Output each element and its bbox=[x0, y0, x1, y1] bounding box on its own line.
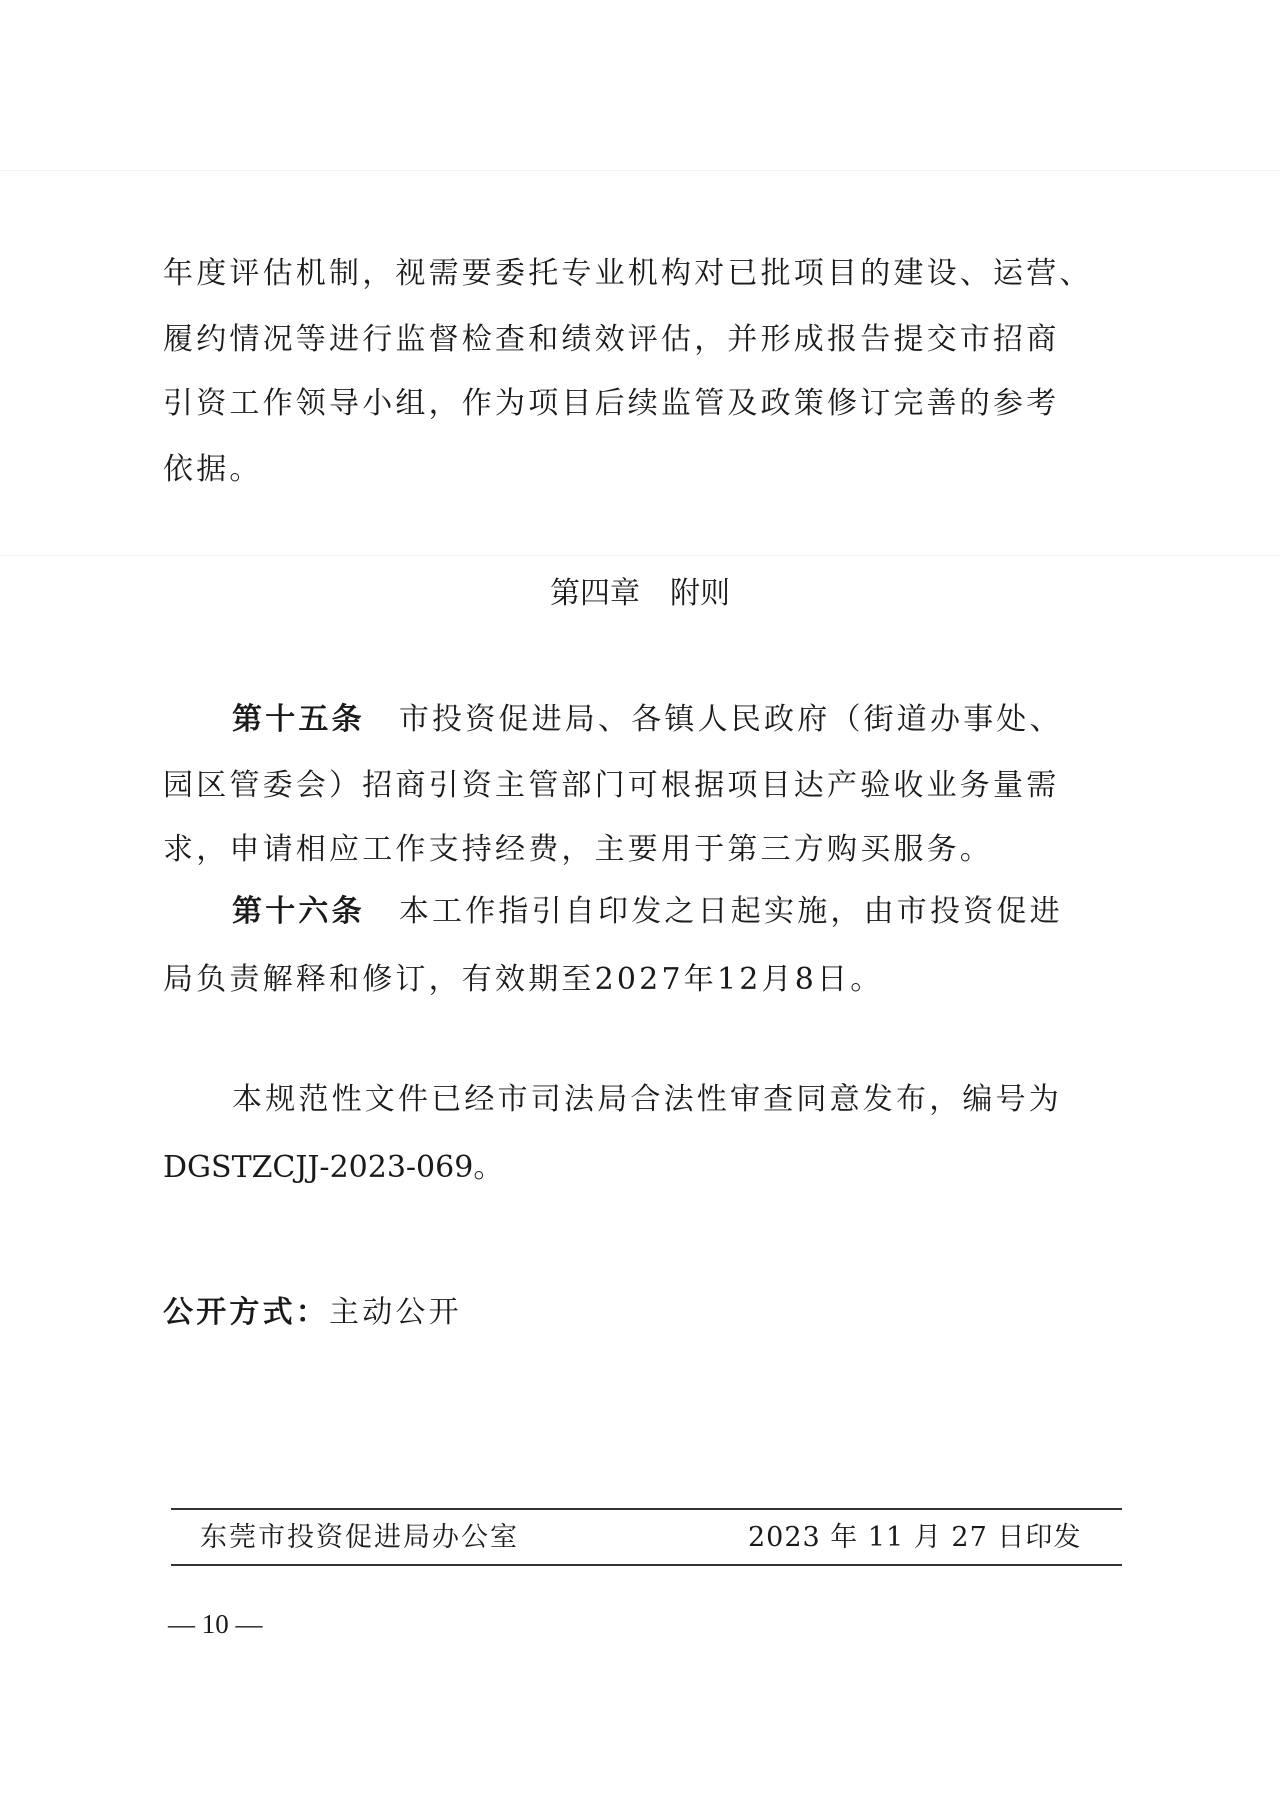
scan-artifact-line bbox=[0, 170, 1280, 171]
footer-issuer: 东莞市投资促进局办公室 bbox=[200, 1520, 519, 1556]
article-16-line: 局负责解释和修订，有效期至2027年12月8日。 bbox=[163, 960, 883, 1000]
article-15-line: 求，申请相应工作支持经费，主要用于第三方购买服务。 bbox=[163, 830, 993, 870]
legal-note-line: 本规范性文件已经市司法局合法性审查同意发布，编号为 bbox=[232, 1080, 1062, 1120]
disclosure-label: 公开方式： bbox=[163, 1295, 329, 1330]
disclosure-line: 公开方式：主动公开 bbox=[163, 1293, 462, 1333]
article-16-line: 第十六条本工作指引自印发之日起实施，由市投资促进 bbox=[232, 892, 1063, 932]
legal-note-line: DGSTZCJJ-2023-069。 bbox=[163, 1148, 503, 1188]
article-15-text: 市投资促进局、各镇人民政府（街道办事处、 bbox=[399, 702, 1063, 737]
paragraph-line: 年度评估机制，视需要委托专业机构对已批项目的建设、运营、 bbox=[163, 254, 1093, 294]
disclosure-value: 主动公开 bbox=[329, 1295, 462, 1330]
paragraph-line: 引资工作领导小组，作为项目后续监管及政策修订完善的参考 bbox=[163, 384, 1059, 424]
chapter-title: 第四章 附则 bbox=[0, 574, 1280, 614]
paragraph-line: 履约情况等进行监督检查和绩效评估，并形成报告提交市招商 bbox=[163, 320, 1059, 360]
article-16-label: 第十六条 bbox=[232, 894, 365, 929]
article-15-label: 第十五条 bbox=[232, 702, 365, 737]
scan-artifact-line bbox=[0, 555, 1280, 556]
article-15-line: 第十五条市投资促进局、各镇人民政府（街道办事处、 bbox=[232, 700, 1063, 740]
paragraph-line: 依据。 bbox=[163, 450, 263, 490]
footer-issue-date: 2023 年 11 月 27 日印发 bbox=[748, 1520, 1081, 1556]
footer-bottom-rule bbox=[171, 1564, 1122, 1566]
page-number: — 10 — bbox=[168, 1606, 263, 1642]
footer-top-rule bbox=[171, 1508, 1122, 1510]
article-16-text: 本工作指引自印发之日起实施，由市投资促进 bbox=[399, 894, 1063, 929]
article-15-line: 园区管委会）招商引资主管部门可根据项目达产验收业务量需 bbox=[163, 766, 1059, 806]
